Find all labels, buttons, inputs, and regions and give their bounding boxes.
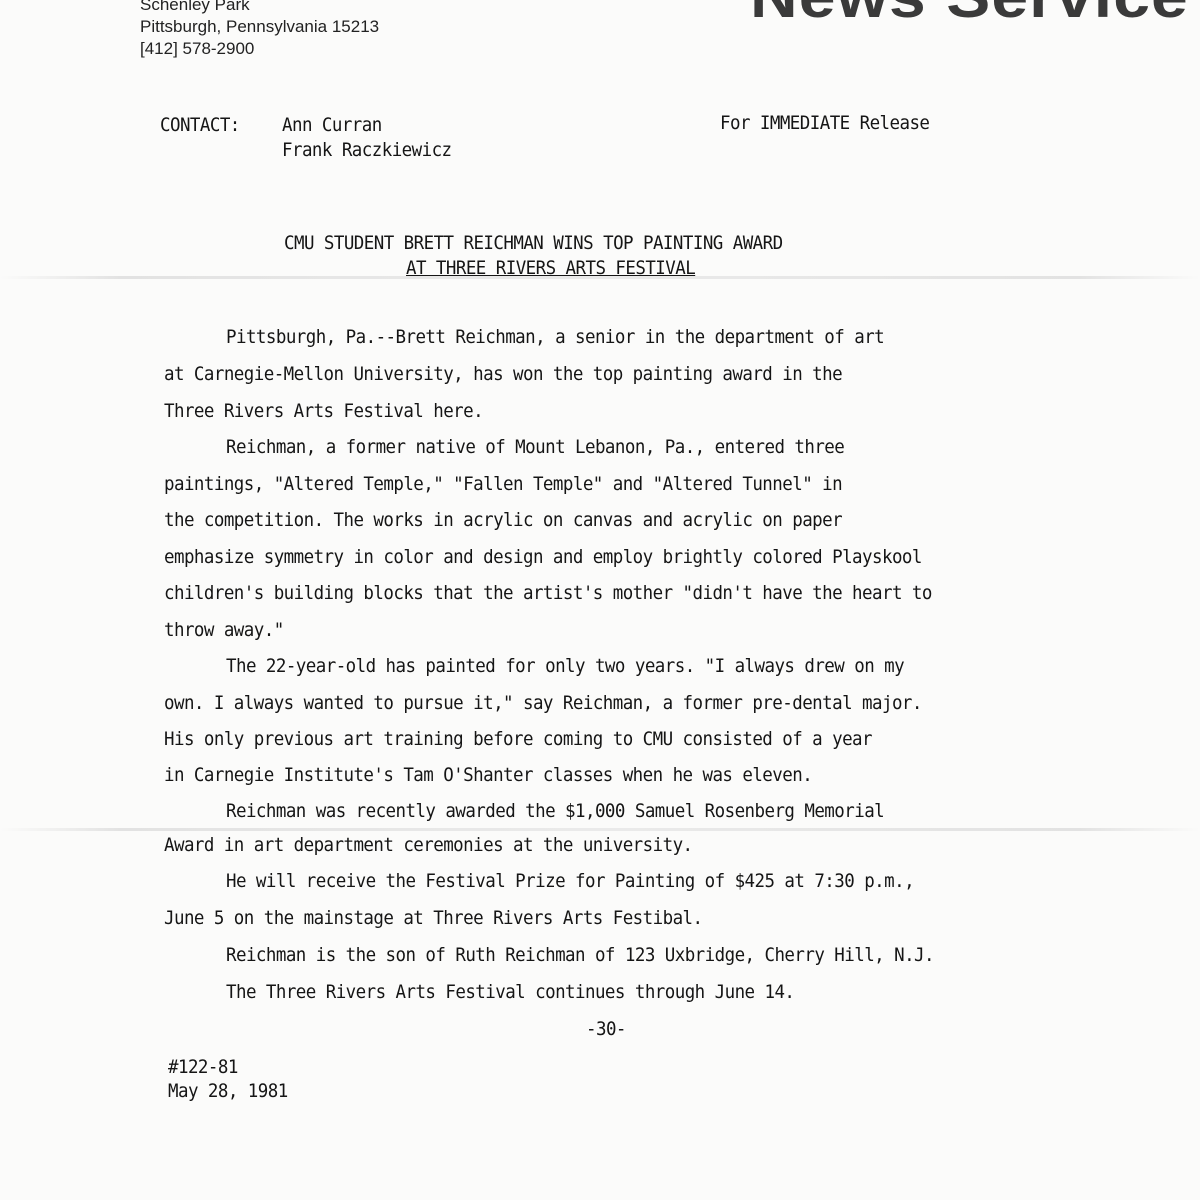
release-date: May 28, 1981 (168, 1080, 288, 1102)
body-line: in Carnegie Institute's Tam O'Shanter cl… (164, 764, 812, 786)
body-line: Reichman, a former native of Mount Leban… (226, 436, 844, 458)
paper-fold (0, 828, 1200, 831)
body-line: children's building blocks that the arti… (164, 582, 932, 604)
body-line: Reichman is the son of Ruth Reichman of … (226, 944, 934, 966)
body-line: The 22-year-old has painted for only two… (226, 655, 904, 677)
body-line: at Carnegie-Mellon University, has won t… (164, 363, 842, 385)
phone-line: [412] 578-2900 (140, 38, 379, 60)
body-line: own. I always wanted to pursue it," say … (164, 692, 922, 714)
body-line: Pittsburgh, Pa.--Brett Reichman, a senio… (226, 326, 884, 348)
body-line: The Three Rivers Arts Festival continues… (226, 981, 794, 1003)
body-line: His only previous art training before co… (164, 728, 872, 750)
address-line: Schenley Park (140, 0, 379, 16)
body-line: paintings, "Altered Temple," "Fallen Tem… (164, 473, 842, 495)
masthead-title: News Service (750, 0, 1189, 31)
body-line: He will receive the Festival Prize for P… (226, 870, 914, 892)
contact-name: Ann Curran (282, 114, 382, 136)
end-mark: -30- (586, 1018, 626, 1040)
headline-line: CMU STUDENT BRETT REICHMAN WINS TOP PAIN… (284, 232, 783, 254)
body-line: emphasize symmetry in color and design a… (164, 546, 922, 568)
contact-label: CONTACT: (160, 114, 240, 136)
release-notice: For IMMEDIATE Release (720, 112, 929, 134)
body-line: Award in art department ceremonies at th… (164, 834, 693, 856)
contact-name: Frank Raczkiewicz (282, 139, 452, 161)
address-line: Pittsburgh, Pennsylvania 15213 (140, 16, 379, 38)
letterhead-address: Schenley Park Pittsburgh, Pennsylvania 1… (140, 0, 379, 60)
body-line: Reichman was recently awarded the $1,000… (226, 800, 884, 822)
release-number: #122-81 (168, 1056, 238, 1078)
paper-fold (0, 276, 1200, 279)
body-line: the competition. The works in acrylic on… (164, 509, 842, 531)
body-line: Three Rivers Arts Festival here. (164, 400, 483, 422)
body-line: throw away." (164, 619, 284, 641)
body-line: June 5 on the mainstage at Three Rivers … (164, 907, 702, 929)
